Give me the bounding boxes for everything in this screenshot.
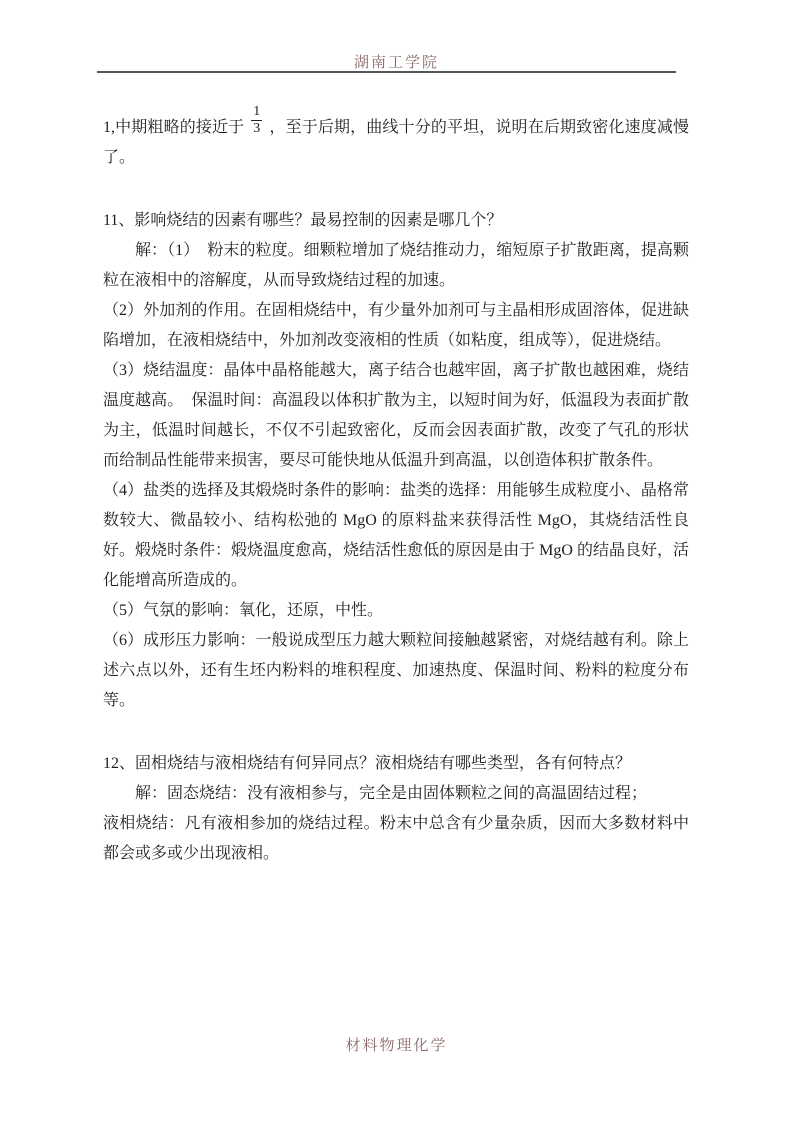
answer-11-item-5: （5）气氛的影响：氧化，还原，中性。 [103, 596, 689, 626]
document-body: 1,中期粗略的接近于13，至于后期，曲线十分的平坦，说明在后期致密化速度减慢了。… [103, 104, 689, 869]
page-header: 湖南工学院 [0, 51, 793, 72]
header-divider-line [97, 71, 676, 73]
fraction-denominator: 3 [251, 120, 262, 137]
paragraph-intro: 1,中期粗略的接近于13，至于后期，曲线十分的平坦，说明在后期致密化速度减慢了。 [103, 104, 689, 173]
fraction-numerator: 1 [251, 104, 262, 120]
fraction-one-third: 13 [251, 104, 262, 137]
answer-11-item-1: 解：（1） 粉末的粒度。细颗粒增加了烧结推动力，缩短原子扩散距离，提高颗粒在液相… [103, 236, 689, 296]
footer-course-name: 材料物理化学 [345, 1038, 447, 1054]
header-school-name: 湖南工学院 [354, 55, 439, 71]
answer-11-item-2: （2）外加剂的作用。在固相烧结中，有少量外加剂可与主晶相形成固溶体，促进缺陷增加… [103, 296, 689, 356]
answer-12-liquid-sintering: 液相烧结：凡有液相参加的烧结过程。粉末中总含有少量杂质，因而大多数材料中都会或多… [103, 809, 689, 869]
answer-11-item-6: （6）成形压力影响：一般说成型压力越大颗粒间接触越紧密，对烧结越有利。除上述六点… [103, 626, 689, 716]
page-footer: 材料物理化学 [0, 1034, 793, 1055]
document-page: 湖南工学院 1,中期粗略的接近于13，至于后期，曲线十分的平坦，说明在后期致密化… [0, 0, 793, 1122]
intro-text-prefix: 1,中期粗略的接近于 [103, 119, 244, 136]
question-11-title: 11、影响烧结的因素有哪些？最易控制的因素是哪几个？ [103, 206, 689, 236]
answer-12-solid-sintering: 解：固态烧结：没有液相参与，完全是由固体颗粒之间的高温固结过程； [103, 779, 689, 809]
answer-11-item-3: （3）烧结温度：晶体中晶格能越大，离子结合也越牢固，离子扩散也越困难，烧结温度越… [103, 356, 689, 476]
answer-11-item-4: （4）盐类的选择及其煅烧时条件的影响：盐类的选择：用能够生成粒度小、晶格常数较大… [103, 476, 689, 596]
question-12-title: 12、固相烧结与液相烧结有何异同点？液相烧结有哪些类型，各有何特点？ [103, 749, 689, 779]
